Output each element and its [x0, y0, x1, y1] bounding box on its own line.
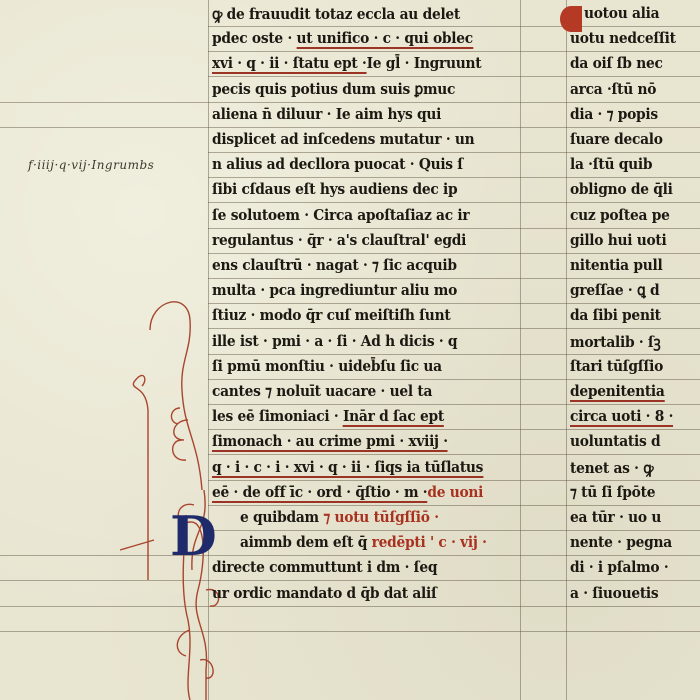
text-line: circa uoti · 8 ·	[570, 407, 673, 427]
text-span: ens clauſtrū · nagat · ⁊ ſic acquib	[212, 256, 457, 274]
text-line: ꝙ de frauudit totaz eccla au delet	[212, 4, 460, 24]
text-line: depenitentia	[570, 382, 665, 402]
text-span: ur ordic mandato d q̄b dat aliſ	[212, 584, 437, 602]
text-line: ſimonach · au crime pmi · xviij ·	[212, 432, 448, 450]
text-span: xvi · q · ii · ſtatu ept ·	[212, 54, 367, 74]
text-span: les eē ſimoniaci ·	[212, 407, 343, 425]
text-span: multa · pca ingrediuntur aliu mo	[212, 281, 457, 299]
text-line: ſtiuz · modo q̄r cuſ meiſtiſh ſunt	[212, 306, 450, 324]
text-line: arca ·ſtū nō	[570, 80, 656, 98]
text-line: greſſae · ꝗ d	[570, 281, 659, 299]
rubric-text: redēpti ' c · vij ·	[372, 533, 487, 551]
text-line: pdec oste · ut unifico · c · qui oblec	[212, 29, 473, 47]
text-span: ſe solutoem · Circa apoſtaſiaz ac ir	[212, 206, 469, 224]
text-line: ille ist · pmi · a · ſi · Ad h dicis · q	[212, 332, 457, 350]
text-line: da ſibi penit	[570, 306, 661, 324]
text-line: displicet ad inſcedens mutatur · un	[212, 130, 474, 148]
text-span: ut unifico · c · qui oblec	[297, 29, 473, 49]
text-line: nente · pegna	[570, 533, 672, 551]
text-line: tenet as · ꝙ	[570, 458, 653, 478]
text-span: eē · de off ī̄c · ord · q̄ſtio · m ·	[212, 483, 427, 503]
text-line: ſuare decalo	[570, 130, 663, 148]
text-span: ſtiuz · modo q̄r cuſ meiſtiſh ſunt	[212, 306, 450, 324]
text-span: pdec oste ·	[212, 29, 297, 47]
text-line: aliena n̄ diluur · Ie aim hys qui	[212, 105, 441, 123]
text-line: ſi pmū monſtiu · uideb̄ſu ſic ua	[212, 357, 442, 375]
text-line: directe commuttunt i dm · ſeq	[212, 558, 437, 576]
text-line: multa · pca ingrediuntur aliu mo	[212, 281, 457, 299]
right-column-boundary	[566, 0, 567, 700]
text-line: la ·ſtū quib	[570, 155, 652, 173]
text-line: ſe solutoem · Circa apoſtaſiaz ac ir	[212, 206, 469, 224]
text-line: xvi · q · ii · ſtatu ept ·Ie gl̄ · Ingru…	[212, 54, 481, 72]
text-line: ens clauſtrū · nagat · ⁊ ſic acquib	[212, 256, 457, 274]
text-line: a · ſiuouetis	[570, 584, 658, 602]
text-span: aimmb dem eſt q̄	[240, 533, 372, 551]
text-span: ſibi cſdaus eſt hys audiens dec ip	[212, 180, 457, 198]
manuscript-page: f·iiij·q·vij·Ingrumbs D ꝙ de frauudit to…	[0, 0, 700, 700]
text-span: Inār d ſac ept	[343, 407, 444, 427]
text-line: mortalib · ſꝫ	[570, 332, 660, 352]
margin-gloss: f·iiij·q·vij·Ingrumbs	[28, 158, 154, 172]
text-span: aliena n̄ diluur · Ie aim hys qui	[212, 105, 441, 123]
text-span: directe commuttunt i dm · ſeq	[212, 558, 437, 576]
text-line: gillo hui uoti	[570, 231, 666, 249]
text-line: obligno de q̄li	[570, 180, 673, 198]
text-span: ſimonach · au crime pmi · xviij ·	[212, 432, 448, 452]
text-span: q · i · c · i · xvi · q · ii · ſiqs ia t…	[212, 458, 483, 478]
text-span: n alius ad decllora puocat · Quis ſ	[212, 155, 463, 173]
text-line: cuz poſtea pe	[570, 206, 670, 224]
text-line: n alius ad decllora puocat · Quis ſ	[212, 155, 463, 173]
text-line: uoluntatis d	[570, 432, 660, 450]
text-line: eē · de off ī̄c · ord · q̄ſtio · m ·de u…	[212, 483, 483, 501]
text-line: uotou alia	[584, 4, 659, 22]
text-line: aimmb dem eſt q̄ redēpti ' c · vij ·	[240, 533, 487, 551]
rubric-text: de uoni	[427, 483, 483, 501]
text-line: pecis quis potius dum suis ꝑmuc	[212, 80, 455, 98]
text-line: q · i · c · i · xvi · q · ii · ſiqs ia t…	[212, 458, 483, 476]
text-line: ur ordic mandato d q̄b dat aliſ	[212, 584, 437, 602]
text-span: cantes ⁊ noluīt uacare · uel ta	[212, 382, 432, 400]
text-line: uotu nedceſſit	[570, 29, 676, 47]
text-line: ſtari tūſgſſio	[570, 357, 663, 375]
text-line: regulantus · q̄r · a's clauſtral' egdi	[212, 231, 466, 249]
ruling-line	[0, 631, 700, 632]
text-line: dia · ⁊ popis	[570, 105, 658, 123]
text-span: ſi pmū monſtiu · uideb̄ſu ſic ua	[212, 357, 442, 375]
text-span: Ie gl̄ · Ingruunt	[367, 54, 482, 72]
illuminated-initial-d: D	[170, 510, 216, 562]
text-line: e quibdam ⁊ uotu tūſgſſiō ·	[240, 508, 439, 526]
text-line: da oiſ ſb nec	[570, 54, 663, 72]
text-span: regulantus · q̄r · a's clauſtral' egdi	[212, 231, 466, 249]
text-line: di · i pſalmo ·	[570, 558, 668, 576]
right-text-column: uotou aliauotu nedceſſitda oiſ ſb necarc…	[570, 4, 700, 614]
text-span: ꝙ de frauudit totaz eccla au delet	[212, 5, 460, 23]
rubric-text: ⁊ uotu tūſgſſiō ·	[323, 508, 438, 526]
text-span: pecis quis potius dum suis ꝑmuc	[212, 80, 455, 98]
text-span: displicet ad inſcedens mutatur · un	[212, 130, 474, 148]
text-line: ſibi cſdaus eſt hys audiens dec ip	[212, 180, 457, 198]
text-line: ea tūr · uo u	[570, 508, 661, 526]
text-line: nitentia pull	[570, 256, 662, 274]
text-span: e quibdam	[240, 508, 323, 526]
text-span: ille ist · pmi · a · ſi · Ad h dicis · q	[212, 332, 457, 350]
text-line: ⁊ tū ſi ſpōte	[570, 483, 655, 501]
left-text-column: ꝙ de frauudit totaz eccla au deletpdec o…	[212, 4, 532, 614]
text-line: cantes ⁊ noluīt uacare · uel ta	[212, 382, 432, 400]
text-line: les eē ſimoniaci · Inār d ſac ept	[212, 407, 444, 425]
